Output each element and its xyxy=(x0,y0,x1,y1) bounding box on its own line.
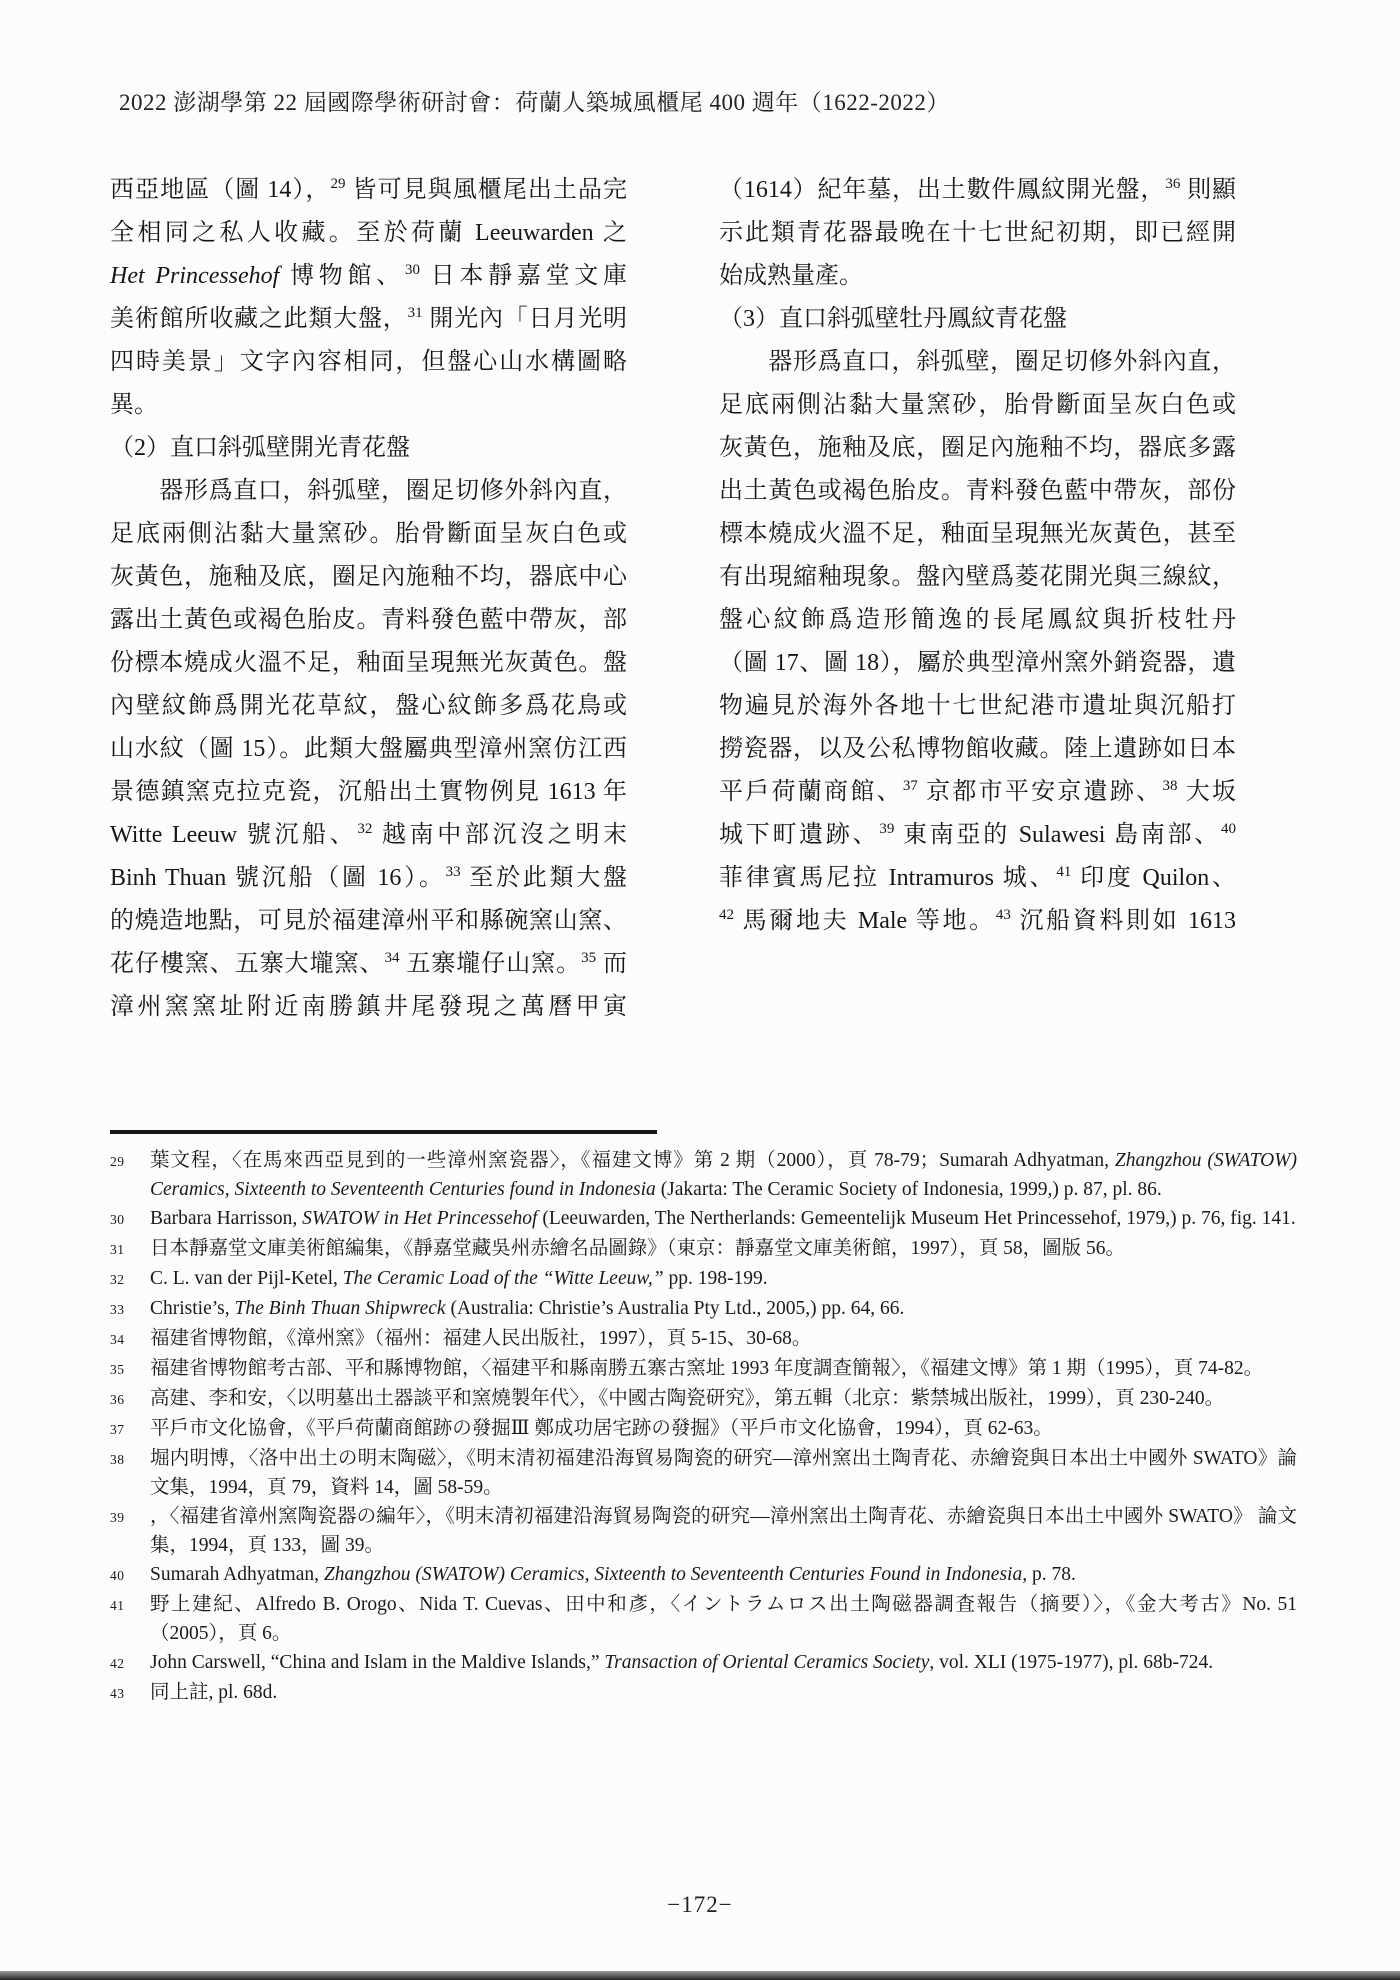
footnote-text: 堀内明博，〈洛中出土の明末陶磁〉，《明末清初福建沿海貿易陶瓷的研究—漳州窯出土陶… xyxy=(150,1444,1297,1502)
text-run: 露出土黃色或褐色胎皮。青料發色藍中帶灰，部 xyxy=(110,607,627,633)
text-run: 皆可見與風櫃尾出土品完 xyxy=(345,177,627,203)
footnote-text: Barbara Harrisson, SWATOW in Het Princes… xyxy=(150,1204,1297,1233)
footnote-number: 33 xyxy=(110,1294,150,1324)
text-line: 全相同之私人收藏。至於荷蘭 Leeuwarden 之 xyxy=(110,212,627,255)
text-run: (Australia: Christie’s Australia Pty Ltd… xyxy=(446,1298,905,1319)
text-line: （3）直口斜弧壁牡丹鳳紋青花盤 xyxy=(719,298,1236,341)
text-line: 足底兩側沾黏大量窯砂。胎骨斷面呈灰白色或 xyxy=(110,513,627,556)
text-run: 日本靜嘉堂文庫 xyxy=(420,263,627,289)
text-run: 福建省博物館考古部、平和縣博物館，〈福建平和縣南勝五寨古窯址 1993 年度調查… xyxy=(150,1358,1263,1379)
text-run: 有出現縮釉現象。盤內壁爲菱花開光與三線紋， xyxy=(719,564,1236,590)
text-run: p. 78. xyxy=(1027,1564,1076,1585)
text-run: 葉文程，〈在馬來西亞見到的一些漳州窯瓷器〉，《福建文博》第 2 期（2000），… xyxy=(150,1150,1115,1171)
page-number: −172− xyxy=(0,1892,1400,1918)
text-run: 灰黃色，施釉及底，圈足內施釉不均，器底中心 xyxy=(110,564,627,590)
text-run: 平戶市文化協會，《平戶荷蘭商館跡の發掘Ⅲ 鄭成功居宅跡の發掘》（平戶市文化協會，… xyxy=(150,1418,1053,1439)
text-run: 足底兩側沾黏大量窯砂，胎骨斷面呈灰白色或 xyxy=(719,392,1236,418)
text-line: 灰黃色，施釉及底，圈足內施釉不均，器底多露 xyxy=(719,427,1236,470)
text-run: 份標本燒成火溫不足，釉面呈現無光灰黃色。盤 xyxy=(110,650,627,676)
text-run: 出土黃色或褐色胎皮。青料發色藍中帶灰，部份 xyxy=(719,478,1236,504)
footnote: 39，〈福建省漳州窯陶瓷器の編年〉，《明末清初福建沿海貿易陶瓷的研究—漳州窯出土… xyxy=(110,1502,1297,1560)
text-run: 異。 xyxy=(110,392,158,418)
footnote-text: 福建省博物館考古部、平和縣博物館，〈福建平和縣南勝五寨古窯址 1993 年度調查… xyxy=(150,1354,1297,1383)
text-line: Witte Leeuw 號沉船、32 越南中部沉沒之明末 xyxy=(110,814,627,857)
left-column: 西亞地區（圖 14），29 皆可見與風櫃尾出土品完全相同之私人收藏。至於荷蘭 L… xyxy=(110,169,627,1029)
text-run: 大坂 xyxy=(1177,779,1236,805)
text-line: 異。 xyxy=(110,384,627,427)
footnote-text: 平戶市文化協會，《平戶荷蘭商館跡の發掘Ⅲ 鄭成功居宅跡の發掘》（平戶市文化協會，… xyxy=(150,1414,1297,1443)
text-line: （2）直口斜弧壁開光青花盤 xyxy=(110,427,627,470)
footnote-marker: 30 xyxy=(405,262,420,278)
text-line: 內壁紋飾爲開光花草紋，盤心紋飾多爲花鳥或 xyxy=(110,685,627,728)
text-run: The Binh Thuan Shipwreck xyxy=(235,1298,446,1319)
text-run: 標本燒成火溫不足，釉面呈現無光灰黃色，甚至 xyxy=(719,521,1236,547)
footnote-number: 32 xyxy=(110,1264,150,1294)
footnote: 43同上註, pl. 68d. xyxy=(110,1678,1297,1708)
text-run: 則顯 xyxy=(1180,177,1236,203)
text-line: 器形爲直口，斜弧壁，圈足切修外斜內直， xyxy=(110,470,627,513)
text-run: 器形爲直口，斜弧壁，圈足切修外斜內直， xyxy=(719,349,1236,375)
footnote-marker: 35 xyxy=(581,950,596,966)
footnote-marker: 36 xyxy=(1165,176,1180,192)
text-run: , vol. XLI (1975-1977), pl. 68b-724. xyxy=(929,1652,1213,1673)
text-line: 漳州窯窯址附近南勝鎮井尾發現之萬曆甲寅 xyxy=(110,986,627,1029)
text-line: 有出現縮釉現象。盤內壁爲菱花開光與三線紋， xyxy=(719,556,1236,599)
text-run: 內壁紋飾爲開光花草紋，盤心紋飾多爲花鳥或 xyxy=(110,693,627,719)
text-run: ，〈福建省漳州窯陶瓷器の編年〉，《明末清初福建沿海貿易陶瓷的研究—漳州窯出土陶青… xyxy=(150,1506,1297,1556)
footnote-text: 高建、李和安，〈以明墓出土器談平和窯燒製年代〉，《中國古陶瓷研究》，第五輯（北京… xyxy=(150,1384,1297,1413)
text-run: 四時美景」文字內容相同，但盤心山水構圖略 xyxy=(110,349,627,375)
footnote-text: 福建省博物館，《漳州窯》（福州：福建人民出版社，1997），頁 5-15、30-… xyxy=(150,1324,1297,1353)
footnote-marker: 38 xyxy=(1162,778,1177,794)
text-run: (Jakarta: The Ceramic Society of Indones… xyxy=(656,1179,1162,1200)
footnote-marker: 33 xyxy=(446,864,461,880)
footnote-text: 同上註, pl. 68d. xyxy=(150,1678,1297,1707)
text-line: 物遍見於海外各地十七世紀港市遺址與沉船打 xyxy=(719,685,1236,728)
text-line: 示此類青花器最晚在十七世紀初期，即已經開 xyxy=(719,212,1236,255)
text-run: The Ceramic Load of the “Witte Leeuw,” xyxy=(343,1268,664,1289)
text-run: 馬爾地夫 Male 等地。 xyxy=(734,908,996,934)
text-run: 而 xyxy=(596,951,627,977)
footnote-number: 36 xyxy=(110,1384,150,1414)
footnote-marker: 31 xyxy=(408,305,423,321)
text-line: 西亞地區（圖 14），29 皆可見與風櫃尾出土品完 xyxy=(110,169,627,212)
text-run: 同上註, pl. 68d. xyxy=(150,1682,277,1703)
text-run: 西亞地區（圖 14）， xyxy=(110,177,330,203)
footnote: 38堀内明博，〈洛中出土の明末陶磁〉，《明末清初福建沿海貿易陶瓷的研究—漳州窯出… xyxy=(110,1444,1297,1502)
footnote-marker: 39 xyxy=(879,821,894,837)
text-run: SWATOW in Het Princessehof xyxy=(302,1208,537,1229)
text-run: 至於此類大盤 xyxy=(461,865,627,891)
text-run: 五寨壠仔山窯。 xyxy=(399,951,581,977)
footnote-number: 39 xyxy=(110,1502,150,1532)
text-line: 四時美景」文字內容相同，但盤心山水構圖略 xyxy=(110,341,627,384)
footnote: 40Sumarah Adhyatman, Zhangzhou (SWATOW) … xyxy=(110,1560,1297,1590)
footnote: 41野上建紀、Alfredo B. Orogo、Nida T. Cuevas、田… xyxy=(110,1590,1297,1648)
text-line: 平戶荷蘭商館、37 京都市平安京遺跡、38 大坂 xyxy=(719,771,1236,814)
text-run: 日本靜嘉堂文庫美術館編集，《靜嘉堂藏吳州赤繪名品圖錄》（東京：靜嘉堂文庫美術館，… xyxy=(150,1238,1125,1259)
text-run: （圖 17、圖 18），屬於典型漳州窯外銷瓷器，遺 xyxy=(719,650,1236,676)
text-run: （2）直口斜弧壁開光青花盤 xyxy=(110,435,410,461)
footnote: 42John Carswell, “China and Islam in the… xyxy=(110,1648,1297,1678)
footnote-text: 日本靜嘉堂文庫美術館編集，《靜嘉堂藏吳州赤繪名品圖錄》（東京：靜嘉堂文庫美術館，… xyxy=(150,1234,1297,1263)
text-run: 堀内明博，〈洛中出土の明末陶磁〉，《明末清初福建沿海貿易陶瓷的研究—漳州窯出土陶… xyxy=(150,1448,1297,1498)
text-run: 示此類青花器最晚在十七世紀初期，即已經開 xyxy=(719,220,1236,246)
text-line: 份標本燒成火溫不足，釉面呈現無光灰黃色。盤 xyxy=(110,642,627,685)
scan-bottom-edge xyxy=(0,1971,1400,1980)
text-line: 始成熟量產。 xyxy=(719,255,1236,298)
text-run: 漳州窯窯址附近南勝鎮井尾發現之萬曆甲寅 xyxy=(110,994,627,1020)
text-line: Het Princessehof 博物館、30 日本靜嘉堂文庫 xyxy=(110,255,627,298)
text-line: Binh Thuan 號沉船（圖 16）。33 至於此類大盤 xyxy=(110,857,627,900)
text-run: 平戶荷蘭商館、 xyxy=(719,779,903,805)
footnote: 30Barbara Harrisson, SWATOW in Het Princ… xyxy=(110,1204,1297,1234)
text-line: 盤心紋飾爲造形簡逸的長尾鳳紋與折枝牡丹 xyxy=(719,599,1236,642)
text-run: 高建、李和安，〈以明墓出土器談平和窯燒製年代〉，《中國古陶瓷研究》，第五輯（北京… xyxy=(150,1388,1224,1409)
text-line: （圖 17、圖 18），屬於典型漳州窯外銷瓷器，遺 xyxy=(719,642,1236,685)
text-run: 始成熟量產。 xyxy=(719,263,863,289)
text-run: 盤心紋飾爲造形簡逸的長尾鳳紋與折枝牡丹 xyxy=(719,607,1236,633)
text-run: （3）直口斜弧壁牡丹鳳紋青花盤 xyxy=(719,306,1067,332)
footnote-text: 葉文程，〈在馬來西亞見到的一些漳州窯瓷器〉，《福建文博》第 2 期（2000），… xyxy=(150,1146,1297,1204)
text-line: 出土黃色或褐色胎皮。青料發色藍中帶灰，部份 xyxy=(719,470,1236,513)
text-run: Christie’s, xyxy=(150,1298,235,1319)
text-line: 山水紋（圖 15）。此類大盤屬典型漳州窯仿江西 xyxy=(110,728,627,771)
footnote-separator xyxy=(110,1130,657,1134)
footnote-marker: 32 xyxy=(357,821,372,837)
text-run: 器形爲直口，斜弧壁，圈足切修外斜內直， xyxy=(110,478,627,504)
footnote-number: 40 xyxy=(110,1560,150,1590)
footnote-number: 38 xyxy=(110,1444,150,1474)
footnote-text: 野上建紀、Alfredo B. Orogo、Nida T. Cuevas、田中和… xyxy=(150,1590,1297,1648)
text-run: Zhangzhou (SWATOW) Ceramics, Sixteenth t… xyxy=(324,1564,1027,1585)
text-run: 印度 Quilon、 xyxy=(1071,865,1236,891)
text-line: 露出土黃色或褐色胎皮。青料發色藍中帶灰，部 xyxy=(110,599,627,642)
footnotes-section: 29葉文程，〈在馬來西亞見到的一些漳州窯瓷器〉，《福建文博》第 2 期（2000… xyxy=(110,1146,1297,1708)
text-run: 博物館、 xyxy=(279,263,405,289)
text-run: John Carswell, “China and Islam in the M… xyxy=(150,1652,604,1673)
text-line: 足底兩側沾黏大量窯砂，胎骨斷面呈灰白色或 xyxy=(719,384,1236,427)
text-line: 撈瓷器，以及公私博物館收藏。陸上遺跡如日本 xyxy=(719,728,1236,771)
text-line: 的燒造地點，可見於福建漳州平和縣碗窯山窯、 xyxy=(110,900,627,943)
footnote: 36高建、李和安，〈以明墓出土器談平和窯燒製年代〉，《中國古陶瓷研究》，第五輯（… xyxy=(110,1384,1297,1414)
text-run: 美術館所收藏之此類大盤， xyxy=(110,306,408,332)
text-run: Transaction of Oriental Ceramics Society xyxy=(604,1652,929,1673)
footnote-number: 34 xyxy=(110,1324,150,1354)
footnote-text: Christie’s, The Binh Thuan Shipwreck (Au… xyxy=(150,1294,1297,1323)
footnote-marker: 37 xyxy=(903,778,918,794)
text-line: 美術館所收藏之此類大盤，31 開光內「日月光明 xyxy=(110,298,627,341)
footnote-number: 41 xyxy=(110,1590,150,1620)
text-run: Binh Thuan 號沉船（圖 16）。 xyxy=(110,865,446,891)
footnote-number: 42 xyxy=(110,1648,150,1678)
right-column: （1614）紀年墓，出土數件鳳紋開光盤，36 則顯示此類青花器最晚在十七世紀初期… xyxy=(719,169,1236,943)
text-run: Witte Leeuw 號沉船、 xyxy=(110,822,357,848)
text-line: （1614）紀年墓，出土數件鳳紋開光盤，36 則顯 xyxy=(719,169,1236,212)
text-run: （1614）紀年墓，出土數件鳳紋開光盤， xyxy=(719,177,1165,203)
text-run: Barbara Harrisson, xyxy=(150,1208,302,1229)
footnote-marker: 43 xyxy=(996,907,1011,923)
text-line: 花仔樓窯、五寨大壠窯、34 五寨壠仔山窯。35 而 xyxy=(110,943,627,986)
text-run: 福建省博物館，《漳州窯》（福州：福建人民出版社，1997），頁 5-15、30-… xyxy=(150,1328,811,1349)
text-run: 撈瓷器，以及公私博物館收藏。陸上遺跡如日本 xyxy=(719,736,1236,762)
text-line: 菲律賓馬尼拉 Intramuros 城、41 印度 Quilon、 xyxy=(719,857,1236,900)
footnote-number: 29 xyxy=(110,1146,150,1176)
footnote-marker: 29 xyxy=(330,176,345,192)
text-run: 灰黃色，施釉及底，圈足內施釉不均，器底多露 xyxy=(719,435,1236,461)
footnote-number: 35 xyxy=(110,1354,150,1384)
footnote-text: John Carswell, “China and Islam in the M… xyxy=(150,1648,1297,1677)
text-line: 標本燒成火溫不足，釉面呈現無光灰黃色，甚至 xyxy=(719,513,1236,556)
footnote-text: ，〈福建省漳州窯陶瓷器の編年〉，《明末清初福建沿海貿易陶瓷的研究—漳州窯出土陶青… xyxy=(150,1502,1297,1560)
footnote-number: 43 xyxy=(110,1678,150,1708)
text-run: 野上建紀、Alfredo B. Orogo、Nida T. Cuevas、田中和… xyxy=(150,1594,1297,1644)
text-run: (Leeuwarden, The Nertherlands: Gemeentel… xyxy=(537,1208,1295,1229)
footnote: 37平戶市文化協會，《平戶荷蘭商館跡の發掘Ⅲ 鄭成功居宅跡の發掘》（平戶市文化協… xyxy=(110,1414,1297,1444)
text-line: 灰黃色，施釉及底，圈足內施釉不均，器底中心 xyxy=(110,556,627,599)
footnote: 34福建省博物館，《漳州窯》（福州：福建人民出版社，1997），頁 5-15、3… xyxy=(110,1324,1297,1354)
text-run: 的燒造地點，可見於福建漳州平和縣碗窯山窯、 xyxy=(110,908,627,934)
text-run: 足底兩側沾黏大量窯砂。胎骨斷面呈灰白色或 xyxy=(110,521,627,547)
text-run: Het Princessehof xyxy=(110,263,279,289)
footnote-marker: 34 xyxy=(384,950,399,966)
footnote-number: 30 xyxy=(110,1204,150,1234)
text-run: 東南亞的 Sulawesi 島南部、 xyxy=(894,822,1221,848)
footnote-marker: 42 xyxy=(719,907,734,923)
footnote: 32C. L. van der Pijl-Ketel, The Ceramic … xyxy=(110,1264,1297,1294)
footnote: 29葉文程，〈在馬來西亞見到的一些漳州窯瓷器〉，《福建文博》第 2 期（2000… xyxy=(110,1146,1297,1204)
footnote: 31日本靜嘉堂文庫美術館編集，《靜嘉堂藏吳州赤繪名品圖錄》（東京：靜嘉堂文庫美術… xyxy=(110,1234,1297,1264)
text-run: 城下町遺跡、 xyxy=(719,822,879,848)
text-run: Sumarah Adhyatman, xyxy=(150,1564,324,1585)
footnote-number: 31 xyxy=(110,1234,150,1264)
text-run: C. L. van der Pijl-Ketel, xyxy=(150,1268,343,1289)
text-line: 42 馬爾地夫 Male 等地。43 沉船資料則如 1613 xyxy=(719,900,1236,943)
text-run: 京都市平安京遺跡、 xyxy=(918,779,1163,805)
footnote-text: Sumarah Adhyatman, Zhangzhou (SWATOW) Ce… xyxy=(150,1560,1297,1589)
text-run: 菲律賓馬尼拉 Intramuros 城、 xyxy=(719,865,1056,891)
text-run: 花仔樓窯、五寨大壠窯、 xyxy=(110,951,384,977)
text-run: 物遍見於海外各地十七世紀港市遺址與沉船打 xyxy=(719,693,1236,719)
footnote-marker: 41 xyxy=(1056,864,1071,880)
text-run: 開光內「日月光明 xyxy=(423,306,627,332)
text-line: 城下町遺跡、39 東南亞的 Sulawesi 島南部、40 xyxy=(719,814,1236,857)
footnote: 35福建省博物館考古部、平和縣博物館，〈福建平和縣南勝五寨古窯址 1993 年度… xyxy=(110,1354,1297,1384)
conference-header: 2022 澎湖學第 22 屆國際學術研討會：荷蘭人築城風櫃尾 400 週年（16… xyxy=(119,84,950,117)
text-run: 全相同之私人收藏。至於荷蘭 Leeuwarden 之 xyxy=(110,220,627,246)
text-run: 越南中部沉沒之明末 xyxy=(372,822,627,848)
text-run: 山水紋（圖 15）。此類大盤屬典型漳州窯仿江西 xyxy=(110,736,627,762)
footnote-number: 37 xyxy=(110,1414,150,1444)
footnote-text: C. L. van der Pijl-Ketel, The Ceramic Lo… xyxy=(150,1264,1297,1293)
footnote: 33Christie’s, The Binh Thuan Shipwreck (… xyxy=(110,1294,1297,1324)
footnote-marker: 40 xyxy=(1221,821,1236,837)
text-line: 器形爲直口，斜弧壁，圈足切修外斜內直， xyxy=(719,341,1236,384)
text-run: 景德鎮窯克拉克瓷，沉船出土實物例見 1613 年 xyxy=(110,779,627,805)
text-run: pp. 198-199. xyxy=(664,1268,768,1289)
text-run: 沉船資料則如 1613 xyxy=(1011,908,1236,934)
text-line: 景德鎮窯克拉克瓷，沉船出土實物例見 1613 年 xyxy=(110,771,627,814)
